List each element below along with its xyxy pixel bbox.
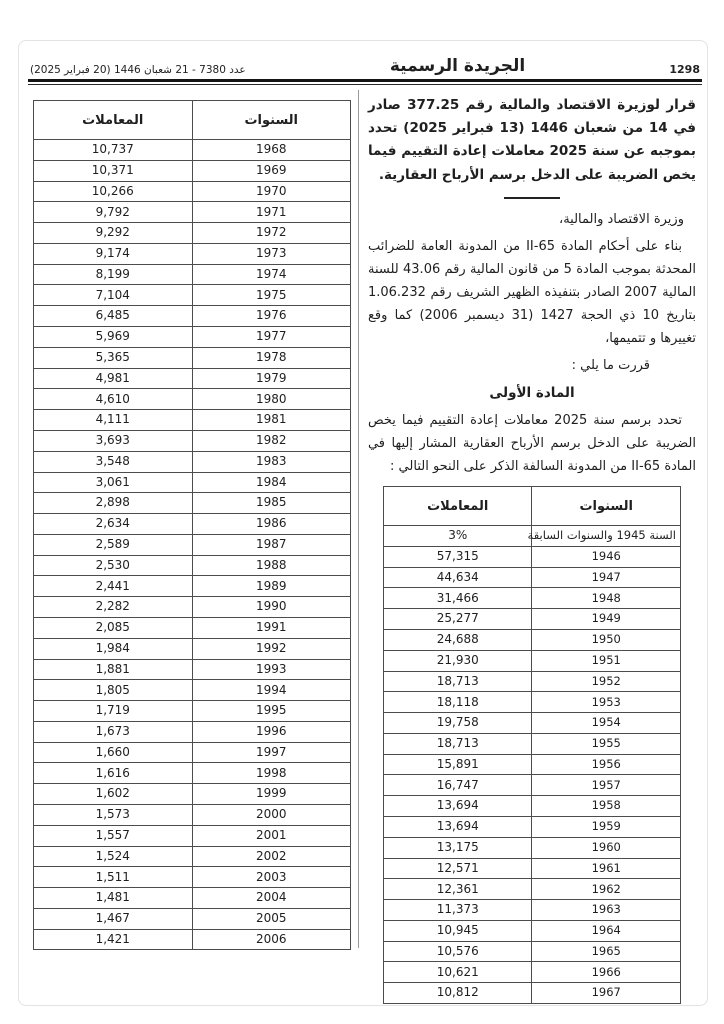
- year-cell: 1994: [192, 680, 351, 701]
- table-row: 19775,969: [34, 327, 351, 348]
- decree-title: قرار لوزيرة الاقتصاد والمالية رقم 377.25…: [368, 94, 696, 187]
- coefficient-cell: 8,199: [34, 264, 193, 285]
- table-row: 196810,737: [34, 140, 351, 161]
- decree-column: قرار لوزيرة الاقتصاد والمالية رقم 377.25…: [360, 90, 702, 1004]
- gazette-title: الجريدة الرسمية: [390, 56, 525, 76]
- table-row: 19748,199: [34, 264, 351, 285]
- table-row: 20011,557: [34, 825, 351, 846]
- year-cell: 1948: [532, 588, 681, 609]
- year-cell: السنة 1945 والسنوات السابقة: [532, 526, 681, 547]
- year-cell: 1960: [532, 837, 681, 858]
- table-row: 19931,881: [34, 659, 351, 680]
- coefficient-cell: 10,621: [383, 962, 532, 983]
- coefficient-cell: 10,737: [34, 140, 193, 161]
- title-separator: [504, 197, 560, 199]
- coefficients-header-cell: المعاملات: [34, 101, 193, 140]
- table-row: 194831,466: [383, 588, 680, 609]
- content-columns: قرار لوزيرة الاقتصاد والمالية رقم 377.25…: [28, 90, 702, 1004]
- table-row: 196112,571: [383, 858, 680, 879]
- table-row: 195716,747: [383, 775, 680, 796]
- year-cell: 1985: [192, 493, 351, 514]
- coefficient-cell: 9,174: [34, 243, 193, 264]
- coefficient-cell: 1,481: [34, 888, 193, 909]
- year-cell: 1957: [532, 775, 681, 796]
- coefficient-cell: 2,898: [34, 493, 193, 514]
- table-row: 194657,315: [383, 546, 680, 567]
- coefficient-cell: 2,589: [34, 534, 193, 555]
- page-number: 1298: [669, 63, 700, 76]
- year-cell: 1956: [532, 754, 681, 775]
- coefficient-cell: 1,805: [34, 680, 193, 701]
- coefficient-cell: 5,969: [34, 327, 193, 348]
- coefficient-cell: 1,984: [34, 638, 193, 659]
- article-one-body: تحدد برسم سنة 2025 معاملات إعادة التقييم…: [368, 409, 696, 478]
- coefficient-cell: 10,371: [34, 160, 193, 181]
- table-row: السنة 1945 والسنوات السابقة3%: [383, 526, 680, 547]
- table-column: السنوات المعاملات 196810,737196910,37119…: [28, 90, 357, 1004]
- table-row: 19892,441: [34, 576, 351, 597]
- coefficient-cell: 18,713: [383, 671, 532, 692]
- year-cell: 1963: [532, 900, 681, 921]
- year-cell: 1984: [192, 472, 351, 493]
- year-cell: 1955: [532, 733, 681, 754]
- year-cell: 1974: [192, 264, 351, 285]
- decree-preamble: بناء على أحكام المادة 65-II من المدونة ا…: [368, 235, 696, 351]
- coefficient-cell: 1,421: [34, 929, 193, 950]
- coefficient-cell: 1,602: [34, 784, 193, 805]
- table-row: 195318,118: [383, 692, 680, 713]
- table-row: 195615,891: [383, 754, 680, 775]
- coefficient-cell: 4,981: [34, 368, 193, 389]
- coefficient-cell: 57,315: [383, 546, 532, 567]
- table-row: 197010,266: [34, 181, 351, 202]
- coefficient-cell: 10,945: [383, 920, 532, 941]
- year-cell: 1978: [192, 347, 351, 368]
- coefficient-cell: 19,758: [383, 713, 532, 734]
- coefficient-cell: 5,365: [34, 347, 193, 368]
- table-row: 19921,984: [34, 638, 351, 659]
- table-row: 195218,713: [383, 671, 680, 692]
- year-cell: 1999: [192, 784, 351, 805]
- coefficient-cell: 16,747: [383, 775, 532, 796]
- year-cell: 1992: [192, 638, 351, 659]
- coefficient-cell: 13,694: [383, 817, 532, 838]
- table-row: 19882,530: [34, 555, 351, 576]
- coefficient-cell: 2,530: [34, 555, 193, 576]
- year-cell: 1946: [532, 546, 681, 567]
- coefficient-cell: 4,610: [34, 389, 193, 410]
- year-cell: 1962: [532, 879, 681, 900]
- table-row: 19872,589: [34, 534, 351, 555]
- table-row: 196013,175: [383, 837, 680, 858]
- coefficient-cell: 11,373: [383, 900, 532, 921]
- coefficient-cell: 9,292: [34, 223, 193, 244]
- year-cell: 1975: [192, 285, 351, 306]
- coefficient-cell: 2,441: [34, 576, 193, 597]
- coefficient-cell: 1,557: [34, 825, 193, 846]
- year-cell: 1959: [532, 817, 681, 838]
- coefficient-cell: 18,118: [383, 692, 532, 713]
- year-cell: 1967: [532, 983, 681, 1004]
- year-cell: 1951: [532, 650, 681, 671]
- table-row: 196910,371: [34, 160, 351, 181]
- table-row: 19739,174: [34, 243, 351, 264]
- table-row: 196410,945: [383, 920, 680, 941]
- coefficient-cell: 3%: [383, 526, 532, 547]
- coefficient-cell: 44,634: [383, 567, 532, 588]
- year-cell: 1952: [532, 671, 681, 692]
- coefficient-cell: 13,694: [383, 796, 532, 817]
- table-row: 19823,693: [34, 430, 351, 451]
- coefficient-cell: 1,719: [34, 701, 193, 722]
- table-row: 19951,719: [34, 701, 351, 722]
- year-cell: 1966: [532, 962, 681, 983]
- year-cell: 1972: [192, 223, 351, 244]
- year-cell: 1949: [532, 609, 681, 630]
- table-row: 196510,576: [383, 941, 680, 962]
- coefficient-cell: 12,361: [383, 879, 532, 900]
- year-cell: 1991: [192, 617, 351, 638]
- coefficient-cell: 6,485: [34, 306, 193, 327]
- coefficient-cell: 4,111: [34, 410, 193, 431]
- table-row: 19833,548: [34, 451, 351, 472]
- year-cell: 1998: [192, 763, 351, 784]
- table-row: 195419,758: [383, 713, 680, 734]
- coefficient-cell: 1,616: [34, 763, 193, 784]
- table-row: 19766,485: [34, 306, 351, 327]
- coefficients-header-cell: المعاملات: [383, 487, 532, 526]
- coefficient-cell: 10,576: [383, 941, 532, 962]
- table-row: 20061,421: [34, 929, 351, 950]
- table-row: 19804,610: [34, 389, 351, 410]
- issue-info: عدد 7380 - 21 شعبان 1446 (20 فبراير 2025…: [30, 64, 246, 76]
- coefficient-cell: 25,277: [383, 609, 532, 630]
- gazette-page: عدد 7380 - 21 شعبان 1446 (20 فبراير 2025…: [0, 0, 724, 1024]
- year-cell: 1977: [192, 327, 351, 348]
- coefficient-cell: 2,282: [34, 597, 193, 618]
- coefficient-cell: 7,104: [34, 285, 193, 306]
- table-row: 19785,365: [34, 347, 351, 368]
- page-header: عدد 7380 - 21 شعبان 1446 (20 فبراير 2025…: [30, 52, 700, 76]
- year-cell: 1979: [192, 368, 351, 389]
- year-cell: 1961: [532, 858, 681, 879]
- year-cell: 1989: [192, 576, 351, 597]
- header-rule-thick: [28, 79, 702, 82]
- year-cell: 1981: [192, 410, 351, 431]
- year-cell: 1996: [192, 721, 351, 742]
- table-row: 19729,292: [34, 223, 351, 244]
- table-row: 196710,812: [383, 983, 680, 1004]
- table-row: 19719,792: [34, 202, 351, 223]
- year-cell: 1986: [192, 514, 351, 535]
- table-row: 196212,361: [383, 879, 680, 900]
- table-row: 19757,104: [34, 285, 351, 306]
- year-cell: 1973: [192, 243, 351, 264]
- coefficient-cell: 18,713: [383, 733, 532, 754]
- coefficient-cell: 1,467: [34, 908, 193, 929]
- coefficient-cell: 31,466: [383, 588, 532, 609]
- column-divider: [358, 90, 359, 948]
- coefficient-cell: 1,511: [34, 867, 193, 888]
- table-row: 19971,660: [34, 742, 351, 763]
- year-cell: 2003: [192, 867, 351, 888]
- years-header-cell: السنوات: [192, 101, 351, 140]
- year-cell: 1982: [192, 430, 351, 451]
- year-cell: 1971: [192, 202, 351, 223]
- table-row: 195121,930: [383, 650, 680, 671]
- decision-line: قررت ما يلي :: [368, 355, 650, 377]
- table-row: 20001,573: [34, 805, 351, 826]
- year-cell: 1988: [192, 555, 351, 576]
- table-row: 19981,616: [34, 763, 351, 784]
- table-row: 20031,511: [34, 867, 351, 888]
- table-row: 195813,694: [383, 796, 680, 817]
- year-cell: 1970: [192, 181, 351, 202]
- minister-line: وزيرة الاقتصاد والمالية،: [368, 209, 696, 231]
- coefficient-cell: 15,891: [383, 754, 532, 775]
- year-cell: 1976: [192, 306, 351, 327]
- coefficients-table-1946-1967: السنوات المعاملات السنة 1945 والسنوات ال…: [383, 486, 681, 1004]
- table-row: 196610,621: [383, 962, 680, 983]
- header-rule-thin: [28, 84, 702, 85]
- table-row: 19912,085: [34, 617, 351, 638]
- years-header-cell: السنوات: [532, 487, 681, 526]
- table-row: 19961,673: [34, 721, 351, 742]
- table-row: 20021,524: [34, 846, 351, 867]
- year-cell: 1983: [192, 451, 351, 472]
- year-cell: 1980: [192, 389, 351, 410]
- year-cell: 1969: [192, 160, 351, 181]
- year-cell: 2001: [192, 825, 351, 846]
- coefficient-cell: 2,085: [34, 617, 193, 638]
- table-row: 20041,481: [34, 888, 351, 909]
- table-row: 20051,467: [34, 908, 351, 929]
- coefficient-cell: 2,634: [34, 514, 193, 535]
- coefficient-cell: 3,061: [34, 472, 193, 493]
- table-header: السنوات المعاملات: [34, 101, 351, 140]
- year-cell: 2002: [192, 846, 351, 867]
- year-cell: 1965: [532, 941, 681, 962]
- table-row: 195024,688: [383, 629, 680, 650]
- coefficients-table-1968-2006: السنوات المعاملات 196810,737196910,37119…: [33, 100, 351, 950]
- year-cell: 2000: [192, 805, 351, 826]
- coefficient-cell: 3,548: [34, 451, 193, 472]
- table-row: 19814,111: [34, 410, 351, 431]
- coefficient-cell: 1,660: [34, 742, 193, 763]
- table-row: 194744,634: [383, 567, 680, 588]
- coefficient-cell: 10,812: [383, 983, 532, 1004]
- article-one-heading: المادة الأولى: [368, 385, 696, 401]
- table-row: 19941,805: [34, 680, 351, 701]
- table-row: 194925,277: [383, 609, 680, 630]
- year-cell: 1947: [532, 567, 681, 588]
- coefficient-cell: 24,688: [383, 629, 532, 650]
- table-row: 19852,898: [34, 493, 351, 514]
- year-cell: 1954: [532, 713, 681, 734]
- year-cell: 1950: [532, 629, 681, 650]
- table-row: 19794,981: [34, 368, 351, 389]
- table-row: 195518,713: [383, 733, 680, 754]
- year-cell: 1995: [192, 701, 351, 722]
- year-cell: 1964: [532, 920, 681, 941]
- table-row: 19862,634: [34, 514, 351, 535]
- year-cell: 1990: [192, 597, 351, 618]
- coefficient-cell: 1,524: [34, 846, 193, 867]
- year-cell: 1953: [532, 692, 681, 713]
- year-cell: 1993: [192, 659, 351, 680]
- year-cell: 2006: [192, 929, 351, 950]
- table-row: 19902,282: [34, 597, 351, 618]
- coefficient-cell: 9,792: [34, 202, 193, 223]
- coefficient-cell: 12,571: [383, 858, 532, 879]
- coefficient-cell: 1,673: [34, 721, 193, 742]
- table-row: 195913,694: [383, 817, 680, 838]
- table-row: 196311,373: [383, 900, 680, 921]
- coefficient-cell: 1,573: [34, 805, 193, 826]
- year-cell: 2004: [192, 888, 351, 909]
- coefficient-cell: 13,175: [383, 837, 532, 858]
- coefficient-cell: 1,881: [34, 659, 193, 680]
- coefficient-cell: 21,930: [383, 650, 532, 671]
- year-cell: 1958: [532, 796, 681, 817]
- year-cell: 1968: [192, 140, 351, 161]
- table-row: 19843,061: [34, 472, 351, 493]
- coefficient-cell: 10,266: [34, 181, 193, 202]
- year-cell: 1997: [192, 742, 351, 763]
- table-row: 19991,602: [34, 784, 351, 805]
- year-cell: 2005: [192, 908, 351, 929]
- coefficient-cell: 3,693: [34, 430, 193, 451]
- year-cell: 1987: [192, 534, 351, 555]
- table-header: السنوات المعاملات: [383, 487, 680, 526]
